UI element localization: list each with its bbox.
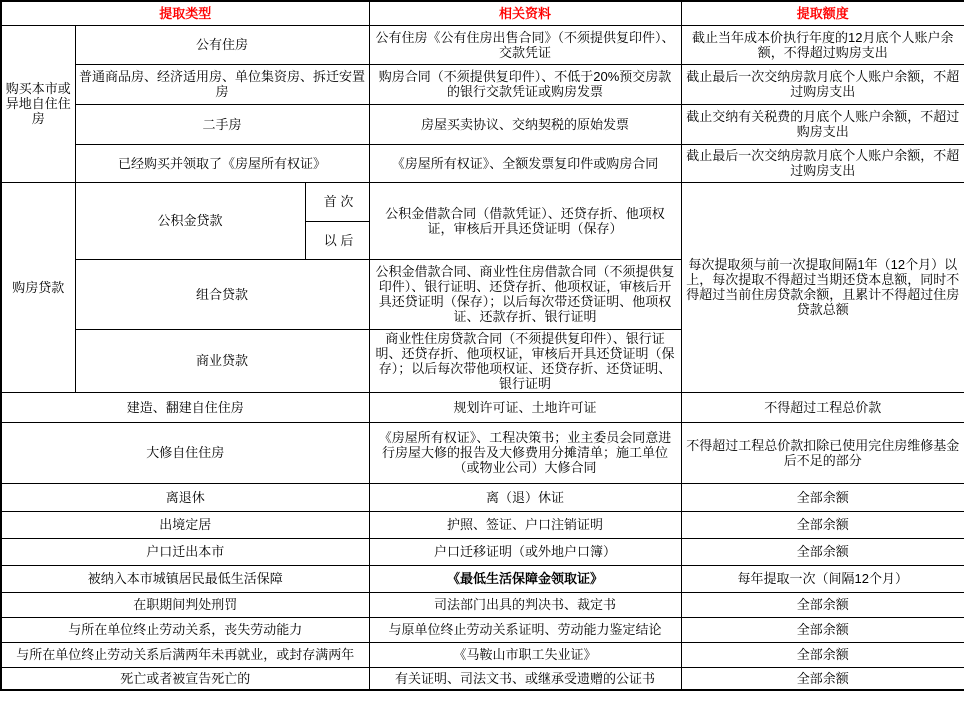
cell-type-retirement: 离退休 [1, 483, 369, 511]
cell-docs-major-repair: 《房屋所有权证》、工程决策书；业主委员会同意进行房屋大修的报告及大修费用分摊清单… [369, 422, 681, 483]
group-label-purchase: 购买本市或异地自住住房 [1, 25, 75, 182]
cell-limit-sentence: 全部余额 [681, 592, 964, 617]
table-row: 购房贷款 公积金贷款 首 次 公积金借款合同（借款凭证）、还贷存折、他项权证，审… [1, 182, 964, 221]
cell-type-ownership-cert: 已经购买并领取了《房屋所有权证》 [75, 144, 369, 182]
cell-limit-loan-group: 每次提取须与前一次提取间隔1年（12个月）以上，每次提取不得超过当期还贷本息额，… [681, 182, 964, 392]
table-row: 已经购买并领取了《房屋所有权证》 《房屋所有权证》、全额发票复印件或购房合同 截… [1, 144, 964, 182]
table-row: 死亡或者被宣告死亡的 有关证明、司法文书、或继承受遗赠的公证书 全部余额 [1, 667, 964, 690]
cell-gjj-later-times: 以 后 [305, 221, 369, 259]
cell-type-min-living: 被纳入本市城镇居民最低生活保障 [1, 565, 369, 592]
table-row: 户口迁出本市 户口迁移证明（或外地户口簿） 全部余额 [1, 538, 964, 565]
cell-limit-lost-capacity: 全部余额 [681, 617, 964, 642]
cell-docs-min-living: 《最低生活保障金领取证》 [369, 565, 681, 592]
table-row: 建造、翻建自住住房 规划许可证、土地许可证 不得超过工程总价款 [1, 392, 964, 422]
cell-docs-hukou-moveout: 户口迁移证明（或外地户口簿） [369, 538, 681, 565]
cell-limit-build-rebuild: 不得超过工程总价款 [681, 392, 964, 422]
cell-limit-min-living: 每年提取一次（间隔12个月） [681, 565, 964, 592]
cell-docs-public-housing: 公有住房《公有住房出售合同》（不须提供复印件）、交款凭证 [369, 25, 681, 64]
cell-docs-retirement: 离（退）休证 [369, 483, 681, 511]
cell-docs-ownership-cert: 《房屋所有权证》、全额发票复印件或购房合同 [369, 144, 681, 182]
cell-limit-retirement: 全部余额 [681, 483, 964, 511]
table-row: 大修自住住房 《房屋所有权证》、工程决策书；业主委员会同意进行房屋大修的报告及大… [1, 422, 964, 483]
cell-type-unemployed: 与所在单位终止劳动关系后满两年未再就业，或封存满两年 [1, 642, 369, 667]
group-label-loan: 购房贷款 [1, 182, 75, 392]
cell-docs-lost-capacity: 与原单位终止劳动关系证明、劳动能力鉴定结论 [369, 617, 681, 642]
cell-limit-public-housing: 截止当年成本价执行年度的12月底个人账户余额，不得超过购房支出 [681, 25, 964, 64]
cell-docs-emigration: 护照、签证、户口注销证明 [369, 511, 681, 538]
cell-limit-death: 全部余额 [681, 667, 964, 690]
cell-docs-sentence: 司法部门出具的判决书、裁定书 [369, 592, 681, 617]
cell-type-secondhand-housing: 二手房 [75, 104, 369, 144]
table-row: 与所在单位终止劳动关系后满两年未再就业，或封存满两年 《马鞍山市职工失业证》 全… [1, 642, 964, 667]
cell-limit-hukou-moveout: 全部余额 [681, 538, 964, 565]
cell-type-hukou-moveout: 户口迁出本市 [1, 538, 369, 565]
cell-limit-major-repair: 不得超过工程总价款扣除已使用完住房维修基金后不足的部分 [681, 422, 964, 483]
cell-docs-unemployed: 《马鞍山市职工失业证》 [369, 642, 681, 667]
cell-docs-build-rebuild: 规划许可证、土地许可证 [369, 392, 681, 422]
header-row: 提取类型 相关资料 提取额度 [1, 1, 964, 25]
cell-docs-secondhand-housing: 房屋买卖协议、交纳契税的原始发票 [369, 104, 681, 144]
cell-docs-commodity-housing: 购房合同（不须提供复印件）、不低于20%预交房款的银行交款凭证或购房发票 [369, 64, 681, 104]
table-row: 普通商品房、经济适用房、单位集资房、拆迁安置房 购房合同（不须提供复印件）、不低… [1, 64, 964, 104]
table-row: 离退休 离（退）休证 全部余额 [1, 483, 964, 511]
cell-type-combo-loan: 组合贷款 [75, 259, 369, 329]
cell-type-build-rebuild: 建造、翻建自住住房 [1, 392, 369, 422]
cell-gjj-first-time: 首 次 [305, 182, 369, 221]
cell-type-gjj-loan: 公积金贷款 [75, 182, 305, 259]
cell-docs-combo-loan: 公积金借款合同、商业性住房借款合同（不须提供复印件）、银行证明、还贷存折、他项权… [369, 259, 681, 329]
table-row: 与所在单位终止劳动关系，丧失劳动能力 与原单位终止劳动关系证明、劳动能力鉴定结论… [1, 617, 964, 642]
cell-limit-commodity-housing: 截止最后一次交纳房款月底个人账户余额，不超过购房支出 [681, 64, 964, 104]
cell-type-commercial-loan: 商业贷款 [75, 329, 369, 392]
cell-limit-secondhand-housing: 截止交纳有关税费的月底个人账户余额，不超过购房支出 [681, 104, 964, 144]
cell-limit-unemployed: 全部余额 [681, 642, 964, 667]
cell-docs-commercial-loan: 商业性住房贷款合同（不须提供复印件）、银行证明、还贷存折、他项权证，审核后开具还… [369, 329, 681, 392]
cell-docs-death: 有关证明、司法文书、或继承受遗赠的公证书 [369, 667, 681, 690]
table-row: 出境定居 护照、签证、户口注销证明 全部余额 [1, 511, 964, 538]
cell-type-lost-capacity: 与所在单位终止劳动关系，丧失劳动能力 [1, 617, 369, 642]
header-withdraw-limit: 提取额度 [681, 1, 964, 25]
table-row: 购买本市或异地自住住房 公有住房 公有住房《公有住房出售合同》（不须提供复印件）… [1, 25, 964, 64]
table-row: 二手房 房屋买卖协议、交纳契税的原始发票 截止交纳有关税费的月底个人账户余额，不… [1, 104, 964, 144]
cell-limit-emigration: 全部余额 [681, 511, 964, 538]
cell-type-major-repair: 大修自住住房 [1, 422, 369, 483]
cell-docs-gjj-loan: 公积金借款合同（借款凭证）、还贷存折、他项权证，审核后开具还贷证明（保存） [369, 182, 681, 259]
header-related-docs: 相关资料 [369, 1, 681, 25]
withdrawal-rules-table: 提取类型 相关资料 提取额度 购买本市或异地自住住房 公有住房 公有住房《公有住… [0, 0, 964, 691]
cell-type-sentence: 在职期间判处刑罚 [1, 592, 369, 617]
cell-type-public-housing: 公有住房 [75, 25, 369, 64]
cell-type-emigration: 出境定居 [1, 511, 369, 538]
cell-type-death: 死亡或者被宣告死亡的 [1, 667, 369, 690]
cell-limit-ownership-cert: 截止最后一次交纳房款月底个人账户余额，不超过购房支出 [681, 144, 964, 182]
header-withdraw-type: 提取类型 [1, 1, 369, 25]
table-row: 被纳入本市城镇居民最低生活保障 《最低生活保障金领取证》 每年提取一次（间隔12… [1, 565, 964, 592]
table-row: 在职期间判处刑罚 司法部门出具的判决书、裁定书 全部余额 [1, 592, 964, 617]
cell-type-commodity-housing: 普通商品房、经济适用房、单位集资房、拆迁安置房 [75, 64, 369, 104]
